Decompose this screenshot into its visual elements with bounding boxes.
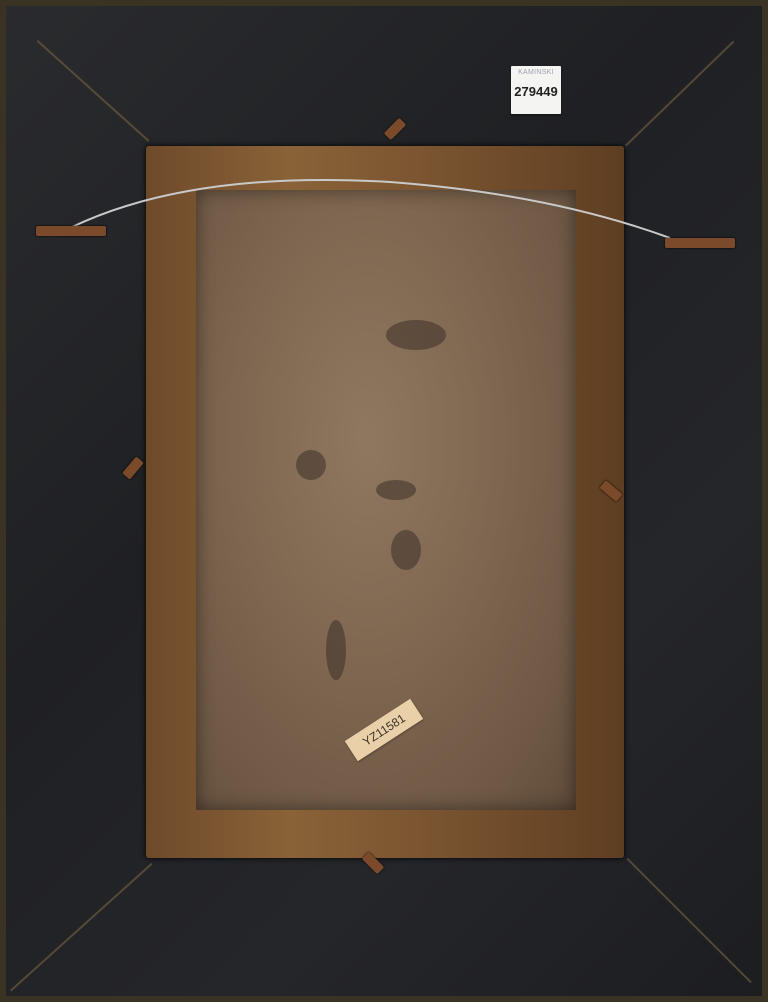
frame-miter-top-right xyxy=(625,41,734,147)
auction-house-name: KAMINSKI xyxy=(511,69,561,76)
wire-bracket-right xyxy=(665,238,735,248)
frame-miter-top-left xyxy=(37,40,150,142)
frame-miter-bottom-right xyxy=(627,858,752,983)
stain xyxy=(376,480,416,500)
lot-number: 279449 xyxy=(511,84,561,99)
frame-miter-bottom-left xyxy=(10,863,153,992)
hanging-wire xyxy=(70,170,690,250)
stain xyxy=(391,530,421,570)
stain xyxy=(296,450,326,480)
auction-lot-tag: KAMINSKI 279449 xyxy=(511,66,561,114)
wire-bracket-left xyxy=(36,226,106,236)
stain xyxy=(326,620,346,680)
stain xyxy=(386,320,446,350)
